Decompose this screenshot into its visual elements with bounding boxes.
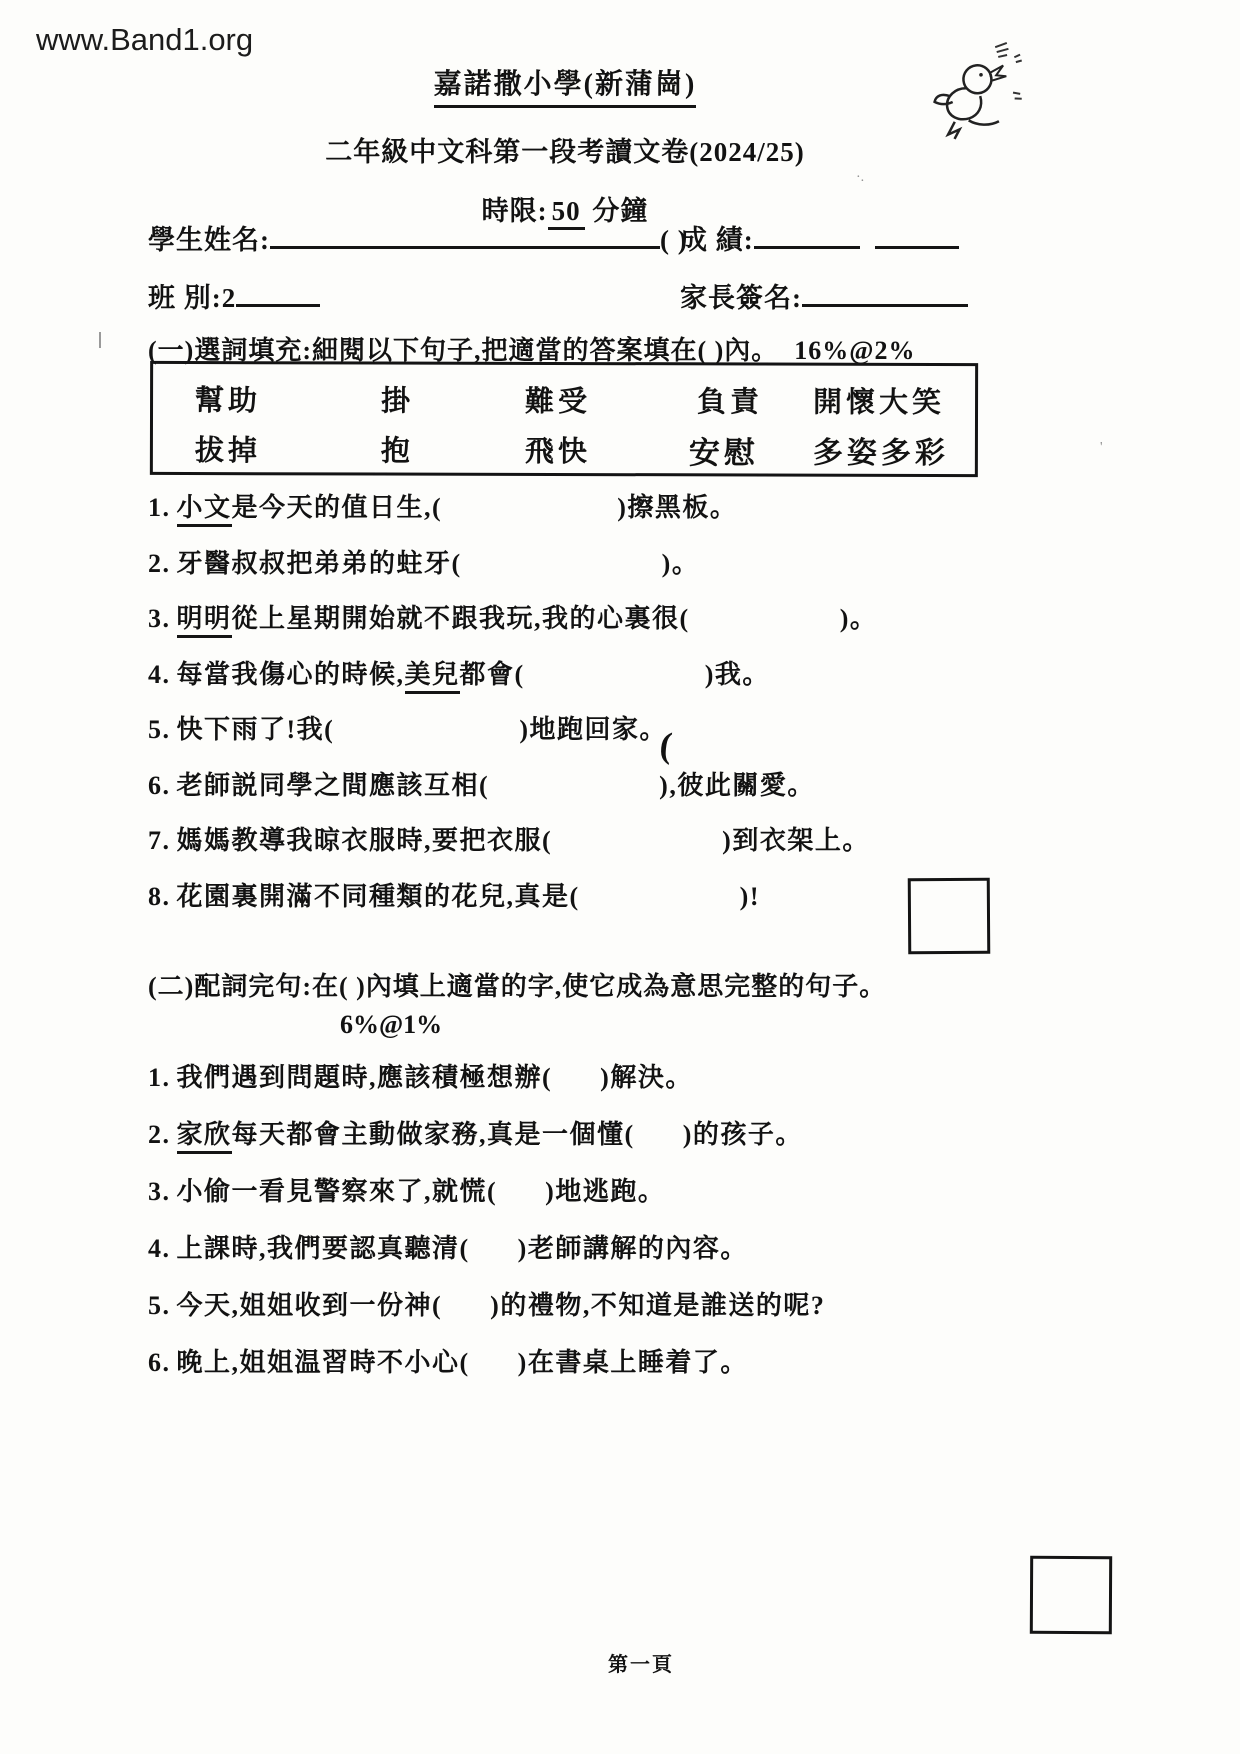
question-text: )擦黑板。 (617, 493, 737, 522)
word-bank-item: 幫助 (195, 378, 261, 419)
question-text: 每天都會主動做家務,真是一個懂( (232, 1120, 635, 1149)
scan-artifact: ·. (856, 170, 864, 186)
question-number: 1. (148, 493, 171, 522)
question-line: 8.花園裏開滿不同種類的花兒,真是()! (148, 881, 760, 914)
answer-blank (635, 1141, 683, 1143)
answer-blank (525, 681, 705, 683)
question-text: )的禮物,不知道是誰送的呢? (490, 1291, 825, 1320)
question-line: 7.媽媽教導我晾衣服時,要把衣服()到衣架上。 (148, 825, 870, 858)
section1-marks: 16%@2% (794, 336, 915, 365)
question-text: 花園裏開滿不同種類的花兒,真是( (177, 882, 580, 911)
question-text: )地跑回家。 (519, 715, 667, 744)
question-text: 牙醫叔叔把弟弟的蛀牙( (177, 549, 462, 578)
answer-blank (442, 514, 617, 516)
student-info-row: 學生姓名:( ) 成 績: (148, 218, 1148, 257)
question-text: )在書桌上睡着了。 (518, 1348, 748, 1377)
question-number: 6. (148, 771, 171, 800)
word-bank-item: 飛快 (525, 429, 591, 470)
question-text: )! (740, 882, 760, 911)
question-text: 是今天的值日生,( (232, 493, 443, 522)
score-blank-1 (754, 220, 860, 249)
class-blank (236, 278, 320, 307)
word-bank: 幫助 掛 難受 負責 開懷大笑 拔掉 抱 飛快 安慰 多姿多彩 (150, 361, 978, 477)
question-text: 家欣 (177, 1120, 232, 1154)
question-line: 4.上課時,我們要認真聽清()老師講解的內容。 (148, 1233, 748, 1266)
question-number: 4. (148, 660, 171, 689)
answer-blank (334, 736, 519, 738)
question-line: 2.家欣每天都會主動做家務,真是一個懂()的孩子。 (148, 1119, 803, 1152)
word-bank-item: 掛 (381, 379, 414, 420)
question-text: 從上星期開始就不跟我玩,我的心裏很( (232, 604, 690, 633)
student-name-label: 學生姓名: (148, 225, 270, 255)
answer-blank (552, 847, 722, 849)
score-label: 成 績: (680, 225, 754, 255)
question-text: )我。 (705, 660, 770, 689)
score-blank-2 (875, 220, 959, 249)
school-name: 嘉諾撒小學(新蒲崗) (434, 62, 697, 108)
class-label: 班 別: (148, 283, 222, 313)
answer-blank (470, 1369, 518, 1371)
question-text: ),彼此關愛。 (659, 771, 815, 800)
student-name-blank (270, 220, 660, 249)
question-text: )地逃跑。 (545, 1177, 665, 1206)
answer-blank (580, 903, 740, 905)
section2-heading: (二)配詞完句:在( )內填上適當的字,使它成為意思完整的句子。 (148, 966, 886, 1003)
question-line: 3.明明從上星期開始就不跟我玩,我的心裏很()。 (148, 603, 877, 636)
score-box-section2 (1030, 1556, 1112, 1634)
word-bank-item: 安慰 (689, 427, 759, 472)
parent-sign-label: 家長簽名: (680, 283, 802, 313)
question-text: 美兒 (405, 660, 460, 694)
question-number: 3. (148, 1177, 171, 1206)
exam-title: 二年級中文科第一段考讀文卷(2024/25) (0, 130, 1130, 169)
answer-blank (470, 1255, 518, 1257)
answer-blank (552, 1084, 600, 1086)
question-number: 3. (148, 604, 171, 633)
word-bank-item: 開懷大笑 (813, 380, 945, 421)
site-watermark: www.Band1.org (36, 22, 253, 58)
question-text: 我們遇到問題時,應該積極想辦( (177, 1063, 553, 1092)
question-text: )老師講解的內容。 (518, 1234, 748, 1263)
section2-marks: 6%@1% (340, 1010, 442, 1040)
answer-blank (442, 1312, 490, 1314)
class-info-row: 班 別:2 家長簽名: (148, 276, 1148, 315)
question-text: 快下雨了!我( (177, 715, 335, 744)
question-text: 小文 (177, 493, 232, 527)
question-number: 5. (148, 1291, 171, 1320)
class-value: 2 (222, 283, 237, 313)
answer-blank (690, 625, 840, 627)
question-line: 5.今天,姐姐收到一份神()的禮物,不知道是誰送的呢? (148, 1290, 825, 1323)
question-text: )解決。 (600, 1063, 693, 1092)
question-text: )。 (840, 604, 878, 633)
question-number: 1. (148, 1063, 171, 1092)
section2-instruction: (二)配詞完句:在( )內填上適當的字,使它成為意思完整的句子。 (148, 972, 886, 1001)
question-number: 4. (148, 1234, 171, 1263)
question-text: 小偷一看見警察來了,就慌( (177, 1177, 498, 1206)
question-number: 2. (148, 1120, 171, 1149)
exam-header: 嘉諾撒小學(新蒲崗) 二年級中文科第一段考讀文卷(2024/25) 時限:50 … (0, 62, 1130, 228)
scan-artifact: ' (1100, 440, 1103, 456)
question-text: 老師説同學之間應該互相( (177, 771, 490, 800)
question-text: )。 (662, 549, 700, 578)
question-text: 媽媽教導我晾衣服時,要把衣服( (177, 826, 553, 855)
answer-blank (497, 1198, 545, 1200)
word-bank-item: 難受 (525, 379, 591, 420)
question-line: 6.老師説同學之間應該互相(),彼此關愛。 (148, 770, 815, 803)
scanned-exam-page: { "watermark": "www.Band1.org", "header"… (0, 0, 1240, 1754)
question-text: )的孩子。 (683, 1120, 803, 1149)
question-text: 今天,姐姐收到一份神( (177, 1291, 443, 1320)
question-text: 每當我傷心的時候, (177, 660, 405, 689)
section1-questions: 1.小文是今天的值日生,()擦黑板。2.牙醫叔叔把弟弟的蛀牙()。3.明明從上星… (148, 492, 1188, 952)
section2-questions: 1.我們遇到問題時,應該積極想辦()解決。2.家欣每天都會主動做家務,真是一個懂… (148, 1062, 1188, 1442)
scan-artifact (99, 332, 101, 348)
parent-sign-blank (802, 278, 968, 307)
word-bank-item: 負責 (697, 379, 763, 420)
answer-blank (489, 792, 659, 794)
question-line: 1.小文是今天的值日生,()擦黑板。 (148, 492, 737, 525)
question-number: 5. (148, 715, 171, 744)
question-line: 3.小偷一看見警察來了,就慌()地逃跑。 (148, 1176, 665, 1209)
question-number: 6. (148, 1348, 171, 1377)
question-line: 5.快下雨了!我()地跑回家。 (148, 714, 667, 747)
question-number: 7. (148, 826, 171, 855)
score-box-section1 (908, 878, 991, 955)
question-text: 都會( (460, 660, 525, 689)
question-line: 6.晚上,姐姐温習時不小心()在書桌上睡着了。 (148, 1347, 748, 1380)
word-bank-item: 多姿多彩 (813, 428, 949, 472)
question-number: 2. (148, 549, 171, 578)
question-line: 2.牙醫叔叔把弟弟的蛀牙()。 (148, 548, 699, 581)
question-line: 4.每當我傷心的時候,美兒都會()我。 (148, 659, 770, 692)
question-text: 上課時,我們要認真聽清( (177, 1234, 470, 1263)
question-text: 明明 (177, 604, 232, 638)
answer-blank (462, 570, 662, 572)
question-line: 1.我們遇到問題時,應該積極想辦()解決。 (148, 1062, 693, 1095)
page-number: 第一頁 (608, 1648, 674, 1677)
word-bank-item: 拔掉 (195, 428, 261, 469)
question-number: 8. (148, 882, 171, 911)
word-bank-item: 抱 (381, 429, 414, 470)
question-text: 晚上,姐姐温習時不小心( (177, 1348, 470, 1377)
question-text: )到衣架上。 (722, 826, 870, 855)
